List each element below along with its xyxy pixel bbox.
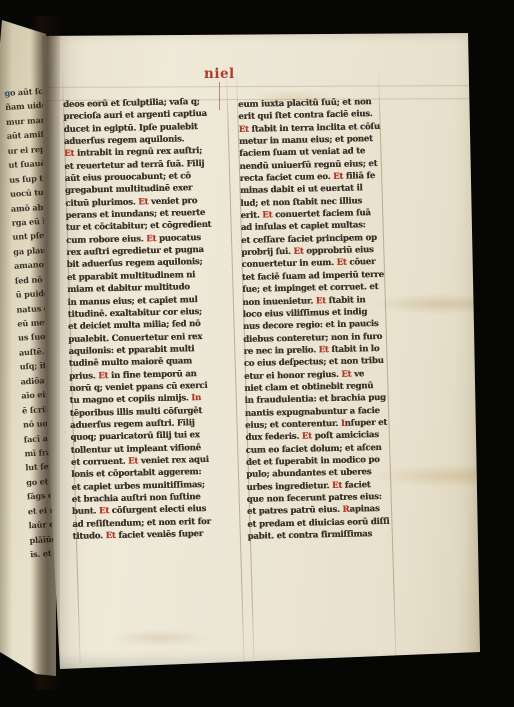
rubric-initial: Et — [146, 234, 156, 244]
rubric-initial: Et — [239, 124, 249, 134]
running-title-rule — [219, 82, 220, 110]
rubric-initial: Et — [99, 506, 109, 516]
manuscript-photo: go aūt ſcdmñam uidebatmur maneataūt amiſ… — [0, 0, 514, 707]
rubric-initial: Et — [332, 480, 342, 490]
rubric-initial: Et — [128, 456, 138, 466]
parchment-page: niel deos eorū et ſculptilia; vaſa q;pre… — [40, 26, 480, 676]
rubric-initial: Et — [302, 432, 312, 442]
rubric-initial: Et — [333, 172, 343, 182]
rubric-initial: Et — [262, 210, 272, 220]
rubric-initial: Et — [64, 149, 74, 159]
rubric-initial: Et — [98, 371, 108, 381]
manuscript-line: titudo. Et faciet veniēs ſuper — [72, 528, 225, 544]
rubric-initial: Et — [105, 531, 115, 541]
rubric-initial: R — [342, 505, 349, 515]
text-column-left: deos eorū et ſculptilia; vaſa q;precioſa… — [63, 96, 226, 544]
ruling-line-horizontal — [46, 85, 470, 88]
running-title: niel — [204, 66, 235, 82]
rubric-initial: Et — [341, 369, 351, 379]
manuscript-line: pabit. et contra firmiſſimas — [247, 528, 390, 543]
rubric-initial: Et — [316, 296, 326, 306]
rubric-initial: I — [341, 419, 345, 429]
rubric-initial: Et — [293, 247, 303, 257]
rubric-initial: Et — [336, 258, 346, 268]
text-column-right: eum iuxta placitū ſuū; et nonerit qui ſt… — [238, 96, 391, 543]
rubric-initial: Et — [318, 345, 328, 355]
rubric-initial: Et — [138, 197, 148, 207]
rubric-initial: In — [191, 393, 201, 403]
